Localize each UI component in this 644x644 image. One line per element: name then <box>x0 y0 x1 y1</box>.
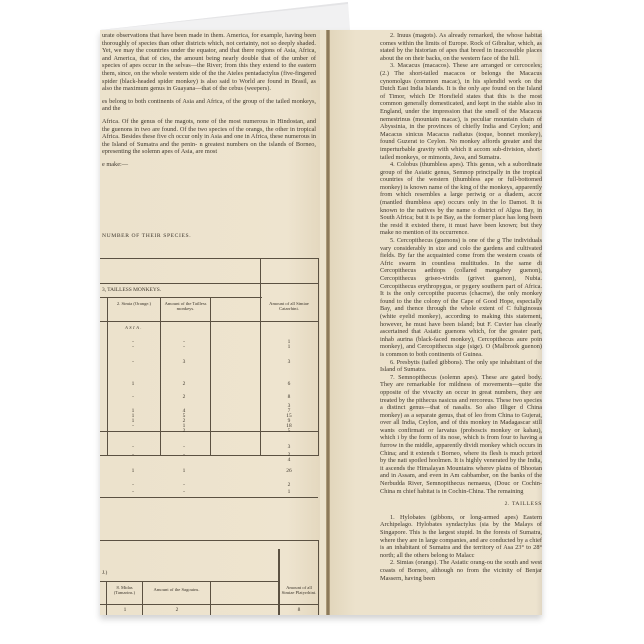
table-cell: - <box>118 423 148 429</box>
table-rule <box>100 604 318 605</box>
right-paragraph: 6. Presbytis (tailed gibbons). The only … <box>380 359 542 374</box>
section-heading: 2. TAILLESS <box>380 501 542 509</box>
right-paragraph: 2. Inuus (magots). As already remarked, … <box>380 32 542 62</box>
table-divider <box>278 549 280 615</box>
table-divider <box>210 581 211 615</box>
species-table-tailless: 3, TAILLESS MONKEYS. 2. Simia (Orange.) … <box>100 258 319 456</box>
table-cell: - <box>169 444 199 450</box>
right-paragraph: 7. Semnopithecus (solemn apes). These ar… <box>380 374 542 496</box>
left-page-text: urate observations that have been made i… <box>102 32 316 169</box>
table-divider <box>260 259 261 455</box>
table-cell: 5 <box>274 428 304 434</box>
table-cell: - <box>169 452 199 458</box>
table-cell: - <box>169 482 199 488</box>
column-header: 8. Midas (Tamarins.) <box>107 585 142 596</box>
right-paragraph: 4. Colobus (thumbless apes). This genus,… <box>380 161 542 237</box>
table-cell: - <box>118 444 148 450</box>
greeting-card: urate observations that have been made i… <box>100 30 542 615</box>
table-rule <box>100 497 318 498</box>
table-cell: 1 <box>274 489 304 495</box>
table-rule <box>100 321 318 322</box>
table-cell: 8 <box>284 607 314 613</box>
table-cell: 26 <box>274 468 304 474</box>
table-cell: - <box>118 344 148 350</box>
table-cell: - <box>118 452 148 458</box>
table-cell: 1 <box>274 344 304 350</box>
column-header: Amount of all Simiae Catarrhini. <box>261 301 317 312</box>
table-heading: NUMBER OF THEIR SPECIES. <box>102 233 191 239</box>
table-cell: 3 <box>169 359 199 365</box>
right-page-text: 2. Inuus (magots). As already remarked, … <box>380 32 542 582</box>
table-cell: 3 <box>274 444 304 450</box>
table-cell: - <box>118 359 148 365</box>
column-header: Amount of the Sagouins. <box>143 587 210 592</box>
table-section-label: 3, TAILLESS MONKEYS. <box>100 283 262 298</box>
table-cell: 1 <box>110 607 140 613</box>
page-edge-shade <box>536 30 542 615</box>
left-page: urate observations that have been made i… <box>100 30 320 615</box>
table-cell: - <box>169 489 199 495</box>
left-paragraph: Africa. Of the genus of the magots, none… <box>102 118 316 156</box>
table-cell: - <box>169 344 199 350</box>
column-header: 2. Simia (Orange.) <box>108 301 160 306</box>
table-cell: 2 <box>162 607 192 613</box>
card-top-flap <box>100 0 350 32</box>
table-cell: 1 <box>118 468 148 474</box>
right-page: 2. Inuus (magots). As already remarked, … <box>330 30 542 615</box>
table-cell: 1 <box>118 381 148 387</box>
table-cell: - <box>118 482 148 488</box>
table-cell: 2 <box>169 381 199 387</box>
table-section-label: J.) <box>100 565 280 582</box>
species-table-platyrrhini: J.) 8. Midas (Tamarins.) Amount of the S… <box>100 540 319 615</box>
column-header: Amount of the Tailless monkeys. <box>161 301 210 312</box>
table-cell: 8 <box>274 394 304 400</box>
table-cell: 1 <box>169 468 199 474</box>
table-cell: 2 <box>169 394 199 400</box>
left-paragraph: es belong to both continents of Asia and… <box>102 98 316 113</box>
table-cell: 2 <box>169 428 199 434</box>
table-cell: - <box>118 394 148 400</box>
table-band <box>100 259 318 284</box>
table-cell: 6 <box>274 381 304 387</box>
right-paragraph: 2. Simias (orangs). The Asiatic orang-ou… <box>380 559 542 582</box>
right-paragraph: 3. Macacus (macacos). These are arranged… <box>380 62 542 161</box>
left-paragraph: urate observations that have been made i… <box>102 32 316 93</box>
left-paragraph: e make:— <box>102 161 316 169</box>
right-paragraph: 1. Hylobates (gibbons, or long-armed ape… <box>380 514 542 560</box>
column-header: Amount of all Simiae Platyrrhini. <box>280 585 318 596</box>
table-cell: 2 <box>274 482 304 488</box>
table-cell: 4 <box>274 457 304 463</box>
table-cell: - <box>118 489 148 495</box>
table-cell: 3 <box>274 359 304 365</box>
right-paragraph: 5. Cercopithecus (guenons) is one of the… <box>380 237 542 359</box>
region-label: ASIA. <box>108 325 160 330</box>
